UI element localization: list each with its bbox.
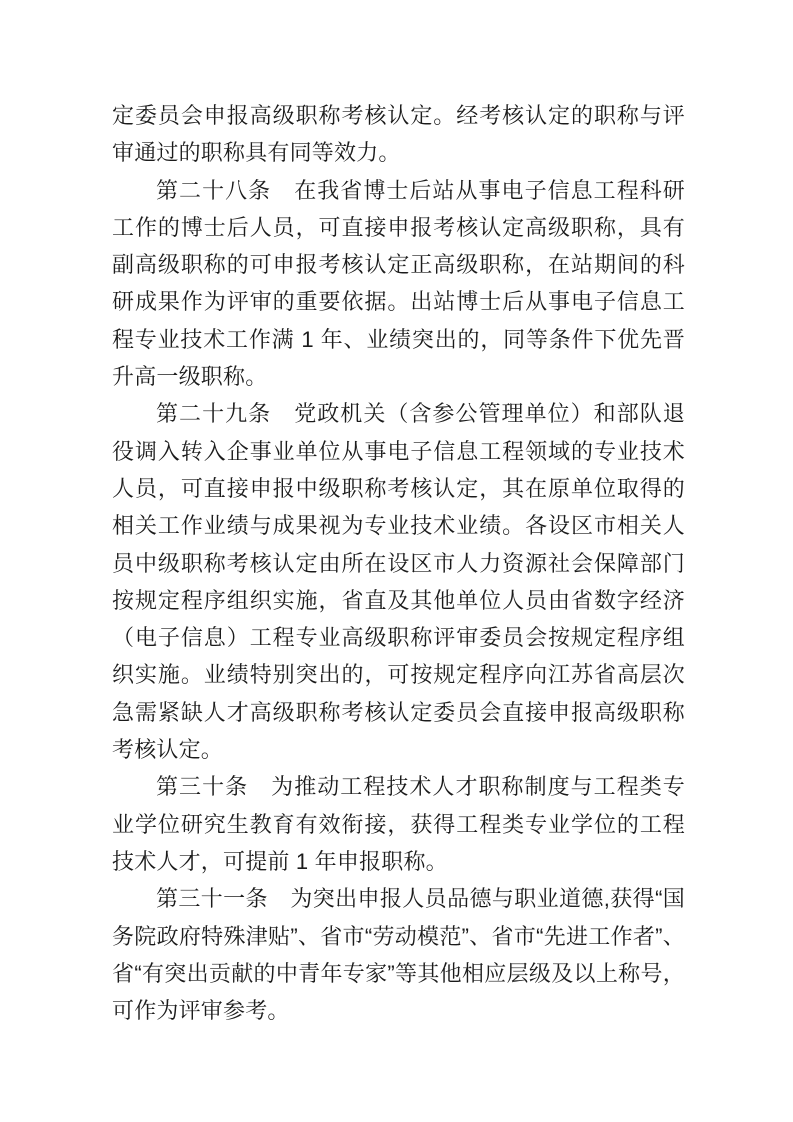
paragraph-article-31: 第三十一条 为突出申报人员品德与职业道德,获得“国务院政府特殊津贴”、省市“劳动…: [112, 880, 685, 1029]
paragraph-article-29: 第二十九条 党政机关（含参公管理单位）和部队退役调入转入企事业单位从事电子信息工…: [112, 395, 685, 768]
paragraph-continuation: 定委员会申报高级职称考核认定。经考核认定的职称与评审通过的职称具有同等效力。: [112, 97, 685, 172]
document-body-text: 定委员会申报高级职称考核认定。经考核认定的职称与评审通过的职称具有同等效力。 第…: [112, 97, 685, 1029]
paragraph-article-28: 第二十八条 在我省博士后站从事电子信息工程科研工作的博士后人员，可直接申报考核认…: [112, 172, 685, 396]
document-page: 定委员会申报高级职称考核认定。经考核认定的职称与评审通过的职称具有同等效力。 第…: [0, 0, 793, 1122]
paragraph-article-30: 第三十条 为推动工程技术人才职称制度与工程类专业学位研究生教育有效衔接，获得工程…: [112, 768, 685, 880]
